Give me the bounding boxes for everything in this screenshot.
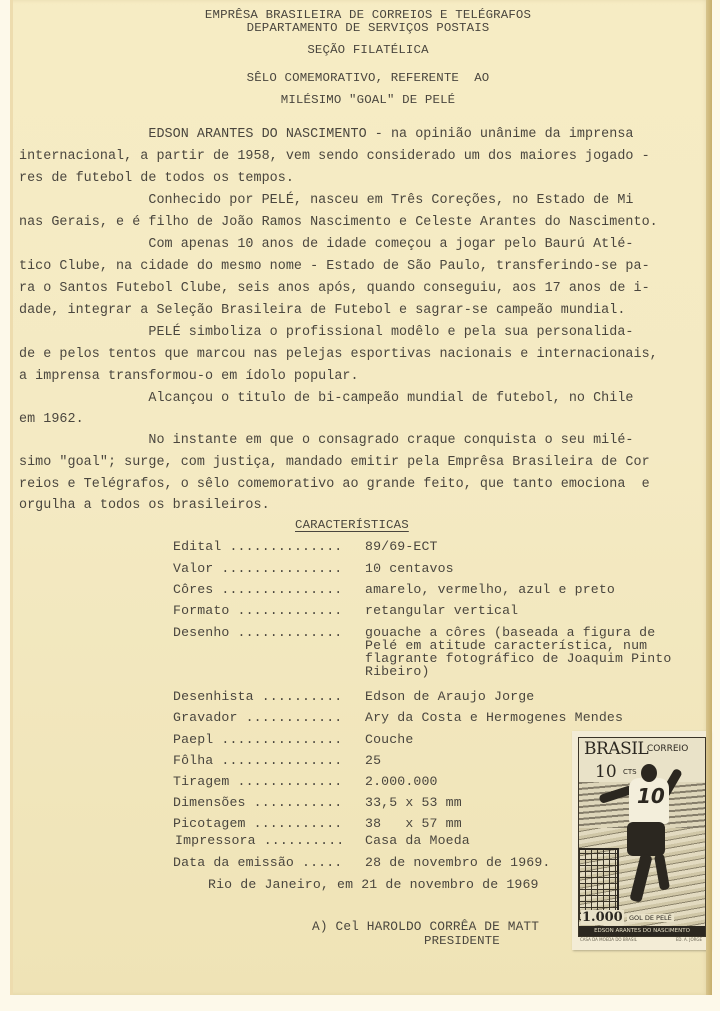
char-value-desenho-4: Ribeiro) <box>365 665 430 679</box>
char-value-formato: retangular vertical <box>365 604 518 618</box>
body-line: Alcançou o titulo de bi-campeão mundial … <box>19 392 634 406</box>
char-value-data-emissao: 28 de novembro de 1969. <box>365 856 550 870</box>
body-line: reios e Telégrafos, o sêlo comemorativo … <box>19 478 650 492</box>
char-value-edital: 89/69-ECT <box>365 540 438 554</box>
stamp-footer-right: ED. A. JORGE <box>676 937 702 942</box>
char-label-folha: Fôlha ............... <box>173 754 342 768</box>
char-value-desenhista: Edson de Araujo Jorge <box>365 690 534 704</box>
body-line: simo "goal"; surge, com justiça, mandado… <box>19 456 650 470</box>
char-label-desenhista: Desenhista .......... <box>173 690 342 704</box>
stamp-currency: CTS <box>623 768 637 776</box>
char-value-folha: 25 <box>365 754 381 768</box>
body-line: dade, integrar a Seleção Brasileira de F… <box>19 304 625 318</box>
body-line: Com apenas 10 anos de idade começou a jo… <box>19 238 634 252</box>
body-line: orgulha a todos os brasileiros. <box>19 499 270 513</box>
char-value-impressora: Casa da Moeda <box>365 834 470 848</box>
char-label-valor: Valor ............... <box>173 562 342 576</box>
stamp-shirt-number: 10 <box>637 784 665 808</box>
postage-stamp: 10 BRASIL CORREIO 10 CTS 1.000 GOL DE PE… <box>572 731 710 950</box>
char-value-tiragem: 2.000.000 <box>365 775 438 789</box>
stamp-milestone: 1.000 <box>581 910 624 925</box>
char-label-impressora: Impressora .......... <box>175 834 344 848</box>
char-value-gravador: Ary da Costa e Hermogenes Mendes <box>365 711 623 725</box>
char-value-cores: amarelo, vermelho, azul e preto <box>365 583 615 597</box>
place-and-date: Rio de Janeiro, em 21 de novembro de 196… <box>208 878 539 892</box>
stamp-value: 10 <box>595 762 617 782</box>
body-line: Conhecido por PELÉ, nasceu em Três Coreç… <box>19 194 634 208</box>
stamp-footer: CASA DA MOEDA DO BRASIL ED. A. JORGE <box>580 937 702 942</box>
body-line: em 1962. <box>19 413 84 427</box>
char-label-tiragem: Tiragem ............. <box>173 775 342 789</box>
body-line: EDSON ARANTES DO NASCIMENTO - na opinião… <box>19 128 634 142</box>
header-section: SEÇÃO FILATÉLICA <box>10 43 720 57</box>
stamp-service: CORREIO <box>647 744 688 754</box>
char-value-papel: Couche <box>365 733 413 747</box>
body-line: res de futebol de todos os tempos. <box>19 172 294 186</box>
body-line: ra o Santos Futebol Clube, seis anos apó… <box>19 282 650 296</box>
char-label-formato: Formato ............. <box>173 604 342 618</box>
signature-name: A) Cel HAROLDO CORRÊA DE MATT <box>312 920 539 934</box>
char-label-papel: Paepl ............... <box>173 733 342 747</box>
stamp-caption: GOL DE PELÉ <box>627 914 674 922</box>
document-title-line2: MILÉSIMO "GOAL" DE PELÉ <box>10 93 720 107</box>
signature-role: PRESIDENTE <box>424 934 500 948</box>
char-label-cores: Côres ............... <box>173 583 342 597</box>
characteristics-title: CARACTERÍSTICAS <box>295 518 409 532</box>
char-label-data-emissao: Data da emissão ..... <box>173 856 342 870</box>
char-label-gravador: Gravador ............ <box>173 711 342 725</box>
char-label-picotagem: Picotagem ........... <box>173 817 342 831</box>
char-value-valor: 10 centavos <box>365 562 454 576</box>
body-line: PELÉ simboliza o profissional modêlo e p… <box>19 326 634 340</box>
char-label-desenho: Desenho ............. <box>173 626 342 640</box>
stamp-image: 10 BRASIL CORREIO 10 CTS 1.000 GOL DE PE… <box>578 737 706 937</box>
player-head-icon <box>641 764 657 782</box>
stamp-footer-left: CASA DA MOEDA DO BRASIL <box>580 937 637 942</box>
body-line: nas Gerais, e é filho de João Ramos Nasc… <box>19 216 658 230</box>
header-company: EMPRÊSA BRASILEIRA DE CORREIOS E TELÉGRA… <box>10 8 720 22</box>
char-value-dimensoes: 33,5 x 53 mm <box>365 796 462 810</box>
body-line: tico Clube, na cidade do mesmo nome - Es… <box>19 260 650 274</box>
stamp-country: BRASIL <box>584 739 648 759</box>
body-line: a imprensa transformou-o em ídolo popula… <box>19 370 359 384</box>
body-line: internacional, a partir de 1958, vem sen… <box>19 150 650 164</box>
body-line: No instante em que o consagrado craque c… <box>19 434 634 448</box>
char-label-edital: Edital .............. <box>173 540 342 554</box>
document-title-line1: SÊLO COMEMORATIVO, REFERENTE AO <box>10 71 720 85</box>
char-value-picotagem: 38 x 57 mm <box>365 817 462 831</box>
document-page: EMPRÊSA BRASILEIRA DE CORREIOS E TELÉGRA… <box>10 0 712 995</box>
char-label-dimensoes: Dimensões ........... <box>173 796 342 810</box>
header-department: DEPARTAMENTO DE SERVIÇOS POSTAIS <box>10 21 720 35</box>
body-line: de e pelos tentos que marcou nas pelejas… <box>19 348 658 362</box>
player-shorts-icon <box>627 822 665 856</box>
stamp-player-name: EDSON ARANTES DO NASCIMENTO <box>579 926 705 936</box>
